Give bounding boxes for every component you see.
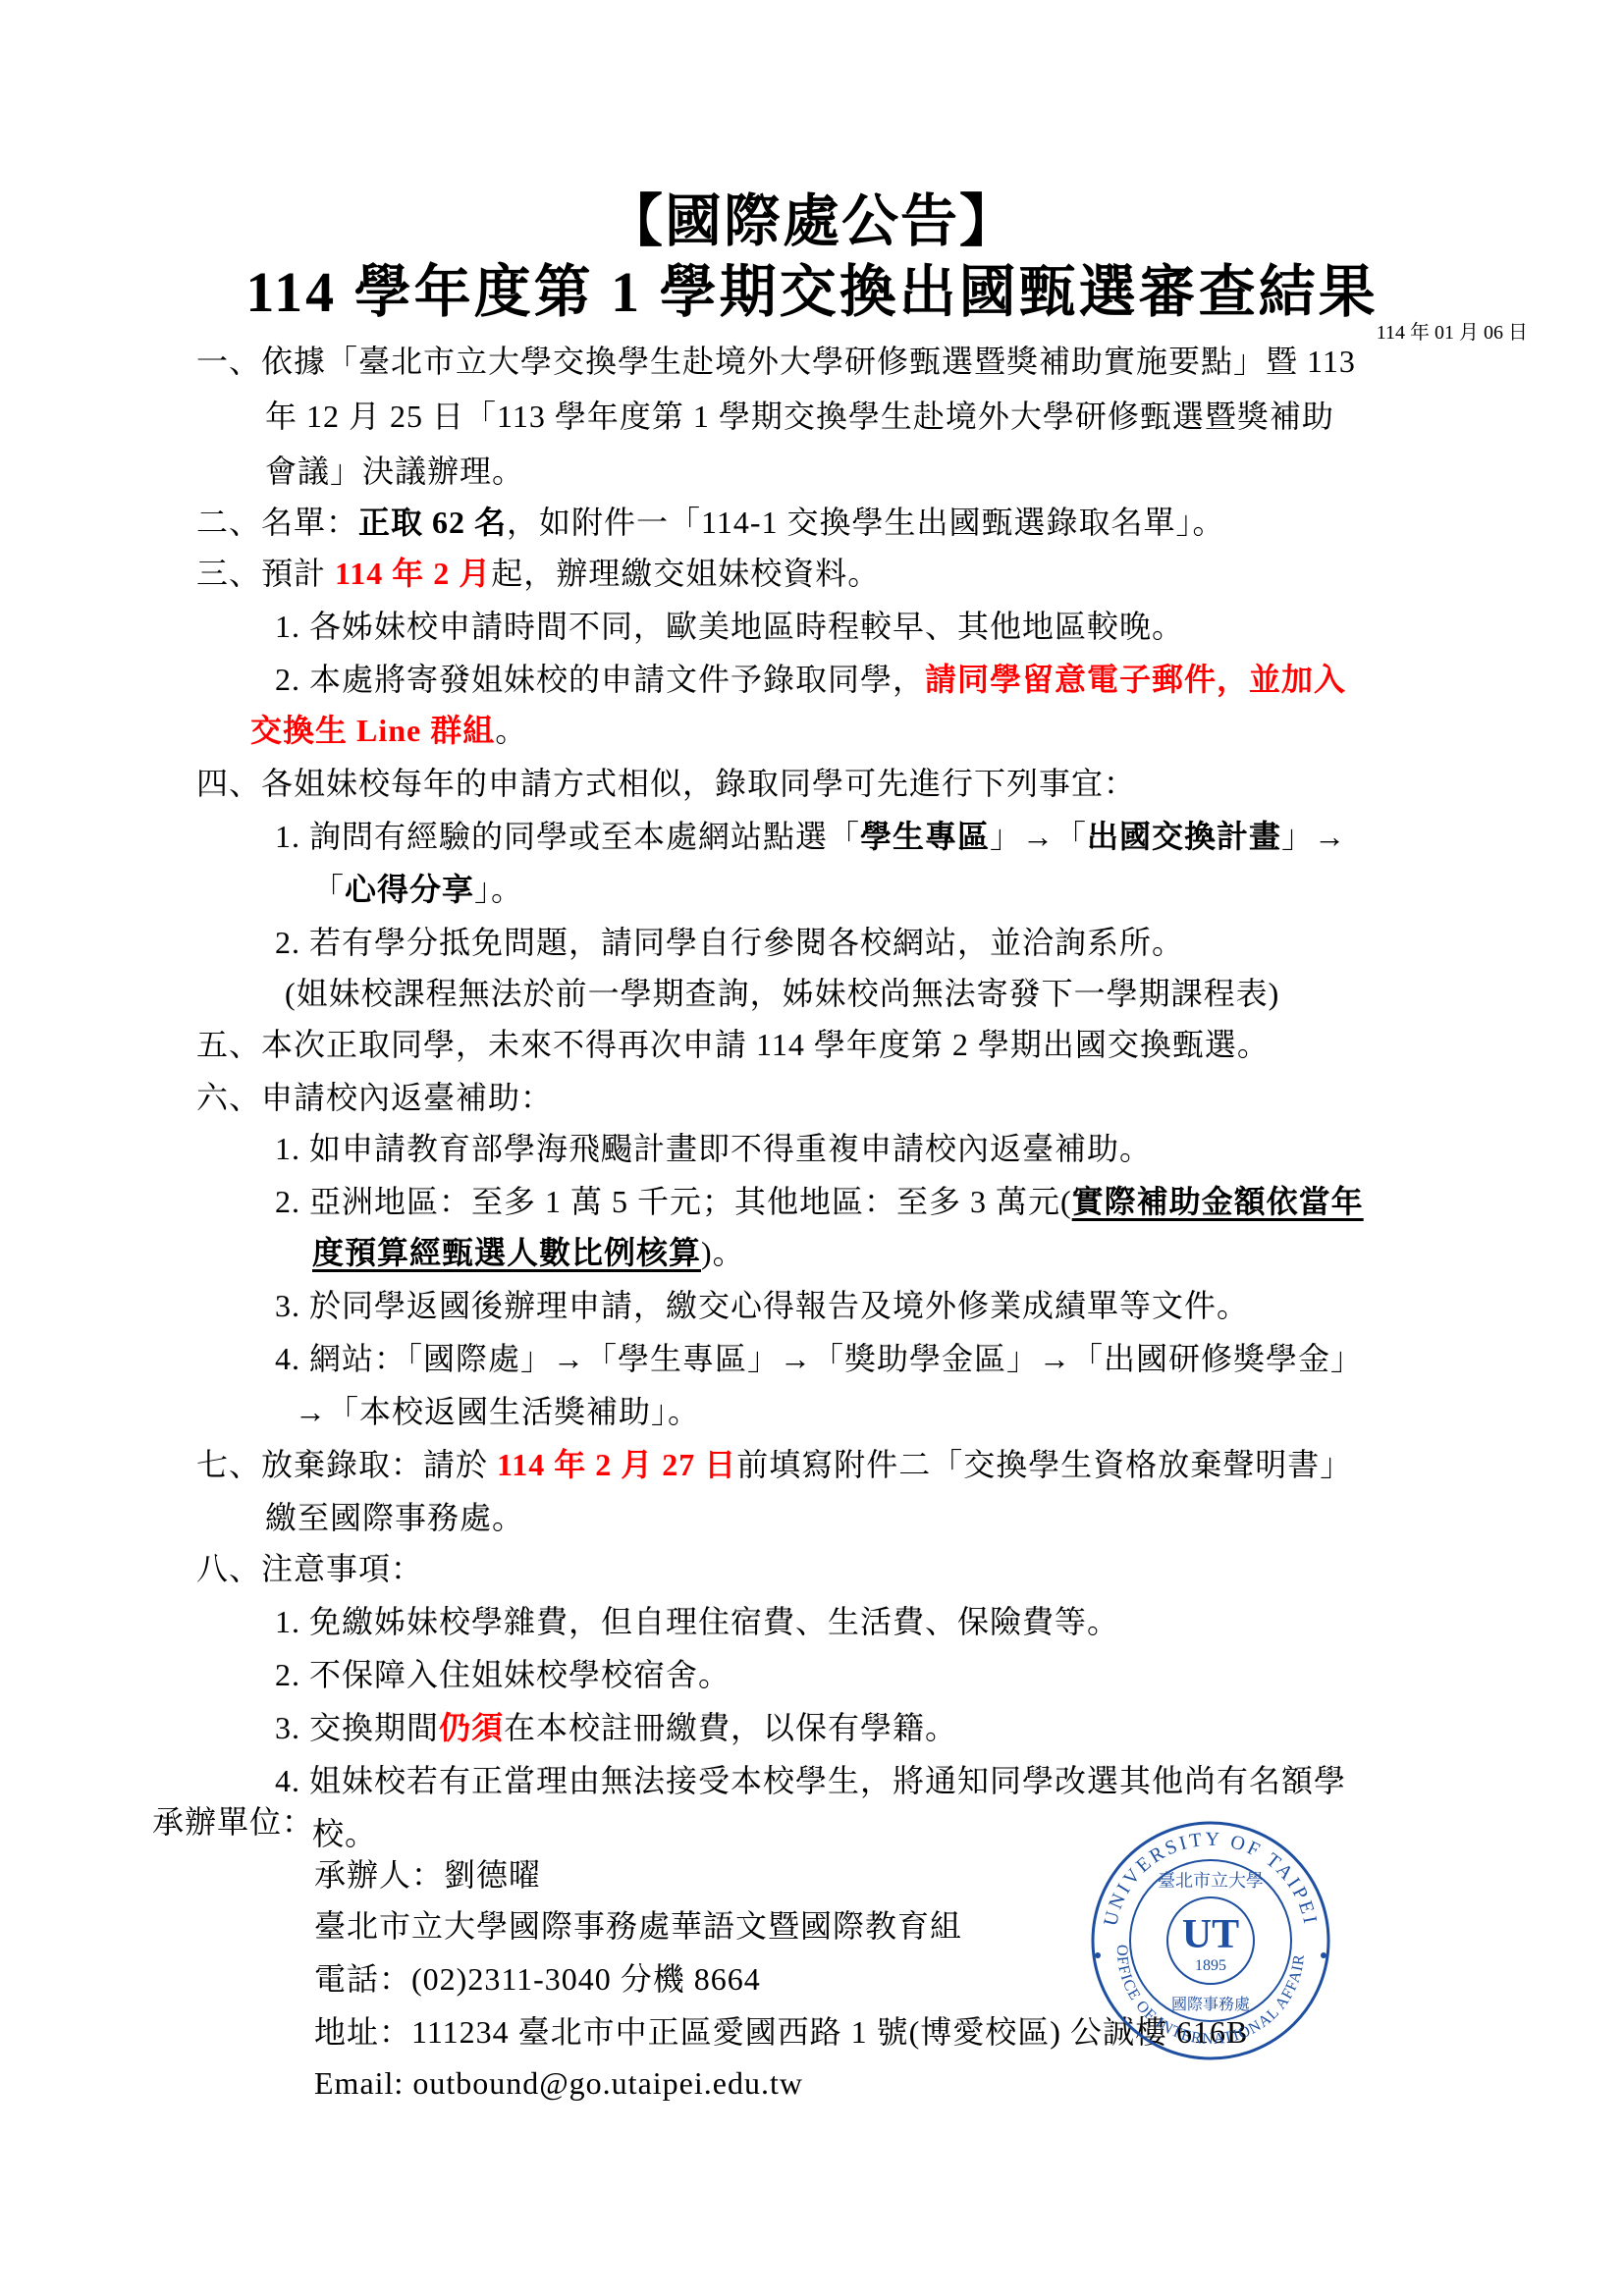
- section-8-item-4: 4. 姐妹校若有正當理由無法接受本校學生，將通知同學改選其他尚有名額學: [275, 1761, 1346, 1800]
- section-2-suffix: ，如附件一「114-1 交換學生出國甄選錄取名單」。: [507, 505, 1224, 540]
- section-8-line-1: 八、注意事項：: [196, 1549, 423, 1588]
- section-8-item-1: 1. 免繳姊妹校學雜費，但自理住宿費、生活費、保險費等。: [275, 1602, 1119, 1641]
- subsidy-note-underlined-cont: 度預算經甄選人數比例核算: [312, 1235, 701, 1270]
- section-3-item-2-cont: 交換生 Line 群組。: [250, 711, 527, 750]
- admitted-count: 正取 62 名: [358, 505, 507, 540]
- section-2-prefix: 二、名單：: [196, 505, 358, 540]
- section-7-prefix: 七、放棄錄取：請於: [196, 1447, 497, 1482]
- section-1-line-1: 一、依據「臺北市立大學交換學生赴境外大學研修甄選暨獎補助實施要點」暨 113: [196, 342, 1356, 381]
- contact-person: 承辦人：劉德曜: [314, 1855, 541, 1895]
- section-3-item-2-prefix: 2. 本處將寄發姐妹校的申請文件予錄取同學，: [275, 662, 925, 697]
- section-4-line-1: 四、各姐妹校每年的申請方式相似，錄取同學可先進行下列事宜：: [196, 764, 1136, 803]
- section-3-item-1: 1. 各姊妹校申請時間不同，歐美地區時程較早、其他地區較晚。: [275, 607, 1184, 646]
- seal-icon: UNIVERSITY OF TAIPEI OFFICE OF INTERNATI…: [1088, 1818, 1333, 2063]
- university-seal: UNIVERSITY OF TAIPEI OFFICE OF INTERNATI…: [1088, 1818, 1333, 2063]
- contact-phone: 電話：(02)2311-3040 分機 8664: [314, 1959, 761, 1999]
- section-6-item-2-cont: 度預算經甄選人數比例核算)。: [312, 1233, 745, 1272]
- arrow-text: 」→: [1281, 819, 1346, 854]
- section-3-suffix: 起，辦理繳交姐妹校資料。: [491, 556, 880, 591]
- svg-text:國際事務處: 國際事務處: [1171, 1995, 1250, 2013]
- section-8-item-4-cont: 校。: [312, 1814, 377, 1853]
- section-1-line-2: 年 12 月 25 日「113 學年度第 1 學期交換學生赴境外大學研修甄選暨獎…: [265, 397, 1334, 436]
- announcement-date: 114 年 01 月 06 日: [1377, 316, 1528, 345]
- svg-text:臺北市立大學: 臺北市立大學: [1158, 1870, 1264, 1892]
- section-3-item-2: 2. 本處將寄發姐妹校的申請文件予錄取同學，請同學留意電子郵件，並加入: [275, 660, 1346, 699]
- section-8-item-3-suffix: 在本校註冊繳費，以保有學籍。: [504, 1710, 957, 1745]
- section-6-item-2-end: )。: [701, 1235, 745, 1270]
- section-6-item-2: 2. 亞洲地區：至多 1 萬 5 千元；其他地區：至多 3 萬元(實際補助金額依…: [275, 1182, 1364, 1221]
- section-7-line-2: 繳至國際事務處。: [265, 1498, 524, 1537]
- section-4-item-1-cont: 「心得分享」。: [312, 870, 523, 909]
- section-6-item-4-cont: →「本校返國生活獎補助」。: [295, 1392, 700, 1431]
- line-group-notice: 交換生 Line 群組: [250, 713, 495, 748]
- email-line-notice: 請同學留意電子郵件，並加入: [925, 662, 1346, 697]
- contact-email[interactable]: Email: outbound@go.utaipei.edu.tw: [314, 2063, 803, 2103]
- section-3-prefix: 三、預計: [196, 556, 335, 591]
- section-8-item-3-prefix: 3. 交換期間: [275, 1710, 439, 1745]
- subsidy-note-underlined: 實際補助金額依當年: [1072, 1184, 1364, 1219]
- section-3: 三、預計 114 年 2 月起，辦理繳交姐妹校資料。: [196, 554, 880, 593]
- announcement-page: 【國際處公告】 114 學年度第 1 學期交換出國甄選審查結果 114 年 01…: [0, 0, 1624, 2296]
- section-4-item-2: 2. 若有學分抵免問題，請同學自行參閱各校網站，並洽詢系所。: [275, 923, 1184, 962]
- section-2: 二、名單：正取 62 名，如附件一「114-1 交換學生出國甄選錄取名單」。: [196, 503, 1225, 542]
- contact-heading: 承辦單位：: [152, 1802, 314, 1842]
- still-required-highlight: 仍須: [439, 1710, 504, 1745]
- nav-experience-sharing: 心得分享: [345, 872, 474, 907]
- section-6-item-4: 4. 網站：「國際處」→「學生專區」→「獎助學金區」→「出國研修獎學金」: [275, 1339, 1363, 1378]
- bracket-open: 「: [312, 872, 345, 907]
- section-7-suffix: 前填寫附件二「交換學生資格放棄聲明書」: [736, 1447, 1352, 1482]
- svg-text:1895: 1895: [1195, 1957, 1226, 1974]
- section-4-item-1: 1. 詢問有經驗的同學或至本處網站點選「學生專區」→「出國交換計畫」→: [275, 817, 1346, 856]
- section-1-line-3: 會議」決議辦理。: [265, 452, 524, 491]
- section-8-item-3: 3. 交換期間仍須在本校註冊繳費，以保有學籍。: [275, 1708, 957, 1747]
- section-4-note: (姐妹校課程無法於前一學期查詢，姊妹校尚無法寄發下一學期課程表): [285, 974, 1279, 1013]
- nav-exchange-program: 出國交換計畫: [1087, 819, 1281, 854]
- section-4-item-1-prefix: 1. 詢問有經驗的同學或至本處網站點選「: [275, 819, 860, 854]
- contact-unit: 臺北市立大學國際事務處華語文暨國際教育組: [314, 1906, 962, 1946]
- section-6-line-1: 六、申請校內返臺補助：: [196, 1078, 553, 1117]
- section-3-item-2-end: 。: [495, 713, 527, 748]
- section-6-item-2-prefix: 2. 亞洲地區：至多 1 萬 5 千元；其他地區：至多 3 萬元(: [275, 1184, 1072, 1219]
- arrow-text: 」→「: [990, 819, 1087, 854]
- svg-text:UT: UT: [1182, 1912, 1239, 1957]
- section-6-item-3: 3. 於同學返國後辦理申請，繳交心得報告及境外修業成績單等文件。: [275, 1286, 1249, 1325]
- section-7: 七、放棄錄取：請於 114 年 2 月 27 日前填寫附件二「交換學生資格放棄聲…: [196, 1445, 1352, 1484]
- nav-student-zone: 學生專區: [860, 819, 990, 854]
- start-date-highlight: 114 年 2 月: [335, 556, 491, 591]
- bracket-close: 」。: [474, 872, 523, 907]
- section-5: 五、本次正取同學，未來不得再次申請 114 學年度第 2 學期出國交換甄選。: [196, 1025, 1270, 1064]
- section-6-item-1: 1. 如申請教育部學海飛颺計畫即不得重複申請校內返臺補助。: [275, 1129, 1152, 1168]
- section-8-item-2: 2. 不保障入住姐妹校學校宿舍。: [275, 1655, 731, 1694]
- deadline-highlight: 114 年 2 月 27 日: [497, 1447, 736, 1482]
